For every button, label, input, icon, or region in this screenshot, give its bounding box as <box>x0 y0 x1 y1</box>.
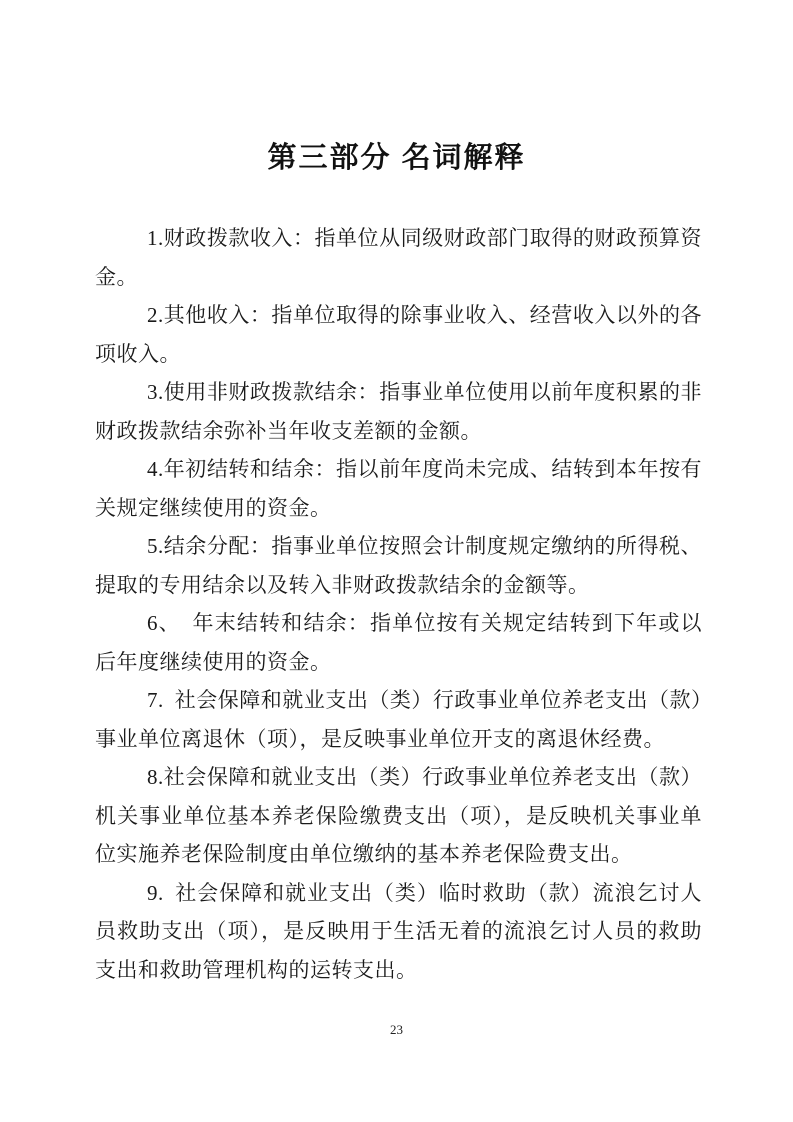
definition-paragraph-1: 1.财政拨款收入：指单位从同级财政部门取得的财政预算资金。 <box>95 219 702 296</box>
definition-paragraph-4: 4.年初结转和结余：指以前年度尚未完成、结转到本年按有关规定继续使用的资金。 <box>95 450 702 527</box>
definition-paragraph-2: 2.其他收入：指单位取得的除事业收入、经营收入以外的各项收入。 <box>95 296 702 373</box>
definition-paragraph-9: 9. 社会保障和就业支出（类）临时救助（款）流浪乞讨人员救助支出（项），是反映用… <box>95 874 702 990</box>
page-number: 23 <box>0 1022 793 1038</box>
definitions-list: 1.财政拨款收入：指单位从同级财政部门取得的财政预算资金。 2.其他收入：指单位… <box>95 219 702 989</box>
definition-paragraph-3: 3.使用非财政拨款结余：指事业单位使用以前年度积累的非财政拨款结余弥补当年收支差… <box>95 373 702 450</box>
definition-paragraph-7: 7. 社会保障和就业支出（类）行政事业单位养老支出（款）事业单位离退休（项），是… <box>95 681 702 758</box>
definition-paragraph-8: 8.社会保障和就业支出（类）行政事业单位养老支出（款）机关事业单位基本养老保险缴… <box>95 758 702 874</box>
definition-paragraph-5: 5.结余分配：指事业单位按照会计制度规定缴纳的所得税、提取的专用结余以及转入非财… <box>95 527 702 604</box>
definition-paragraph-6: 6、 年末结转和结余：指单位按有关规定结转到下年或以后年度继续使用的资金。 <box>95 604 702 681</box>
section-title: 第三部分 名词解释 <box>0 0 793 175</box>
document-page: 第三部分 名词解释 1.财政拨款收入：指单位从同级财政部门取得的财政预算资金。 … <box>0 0 793 1122</box>
